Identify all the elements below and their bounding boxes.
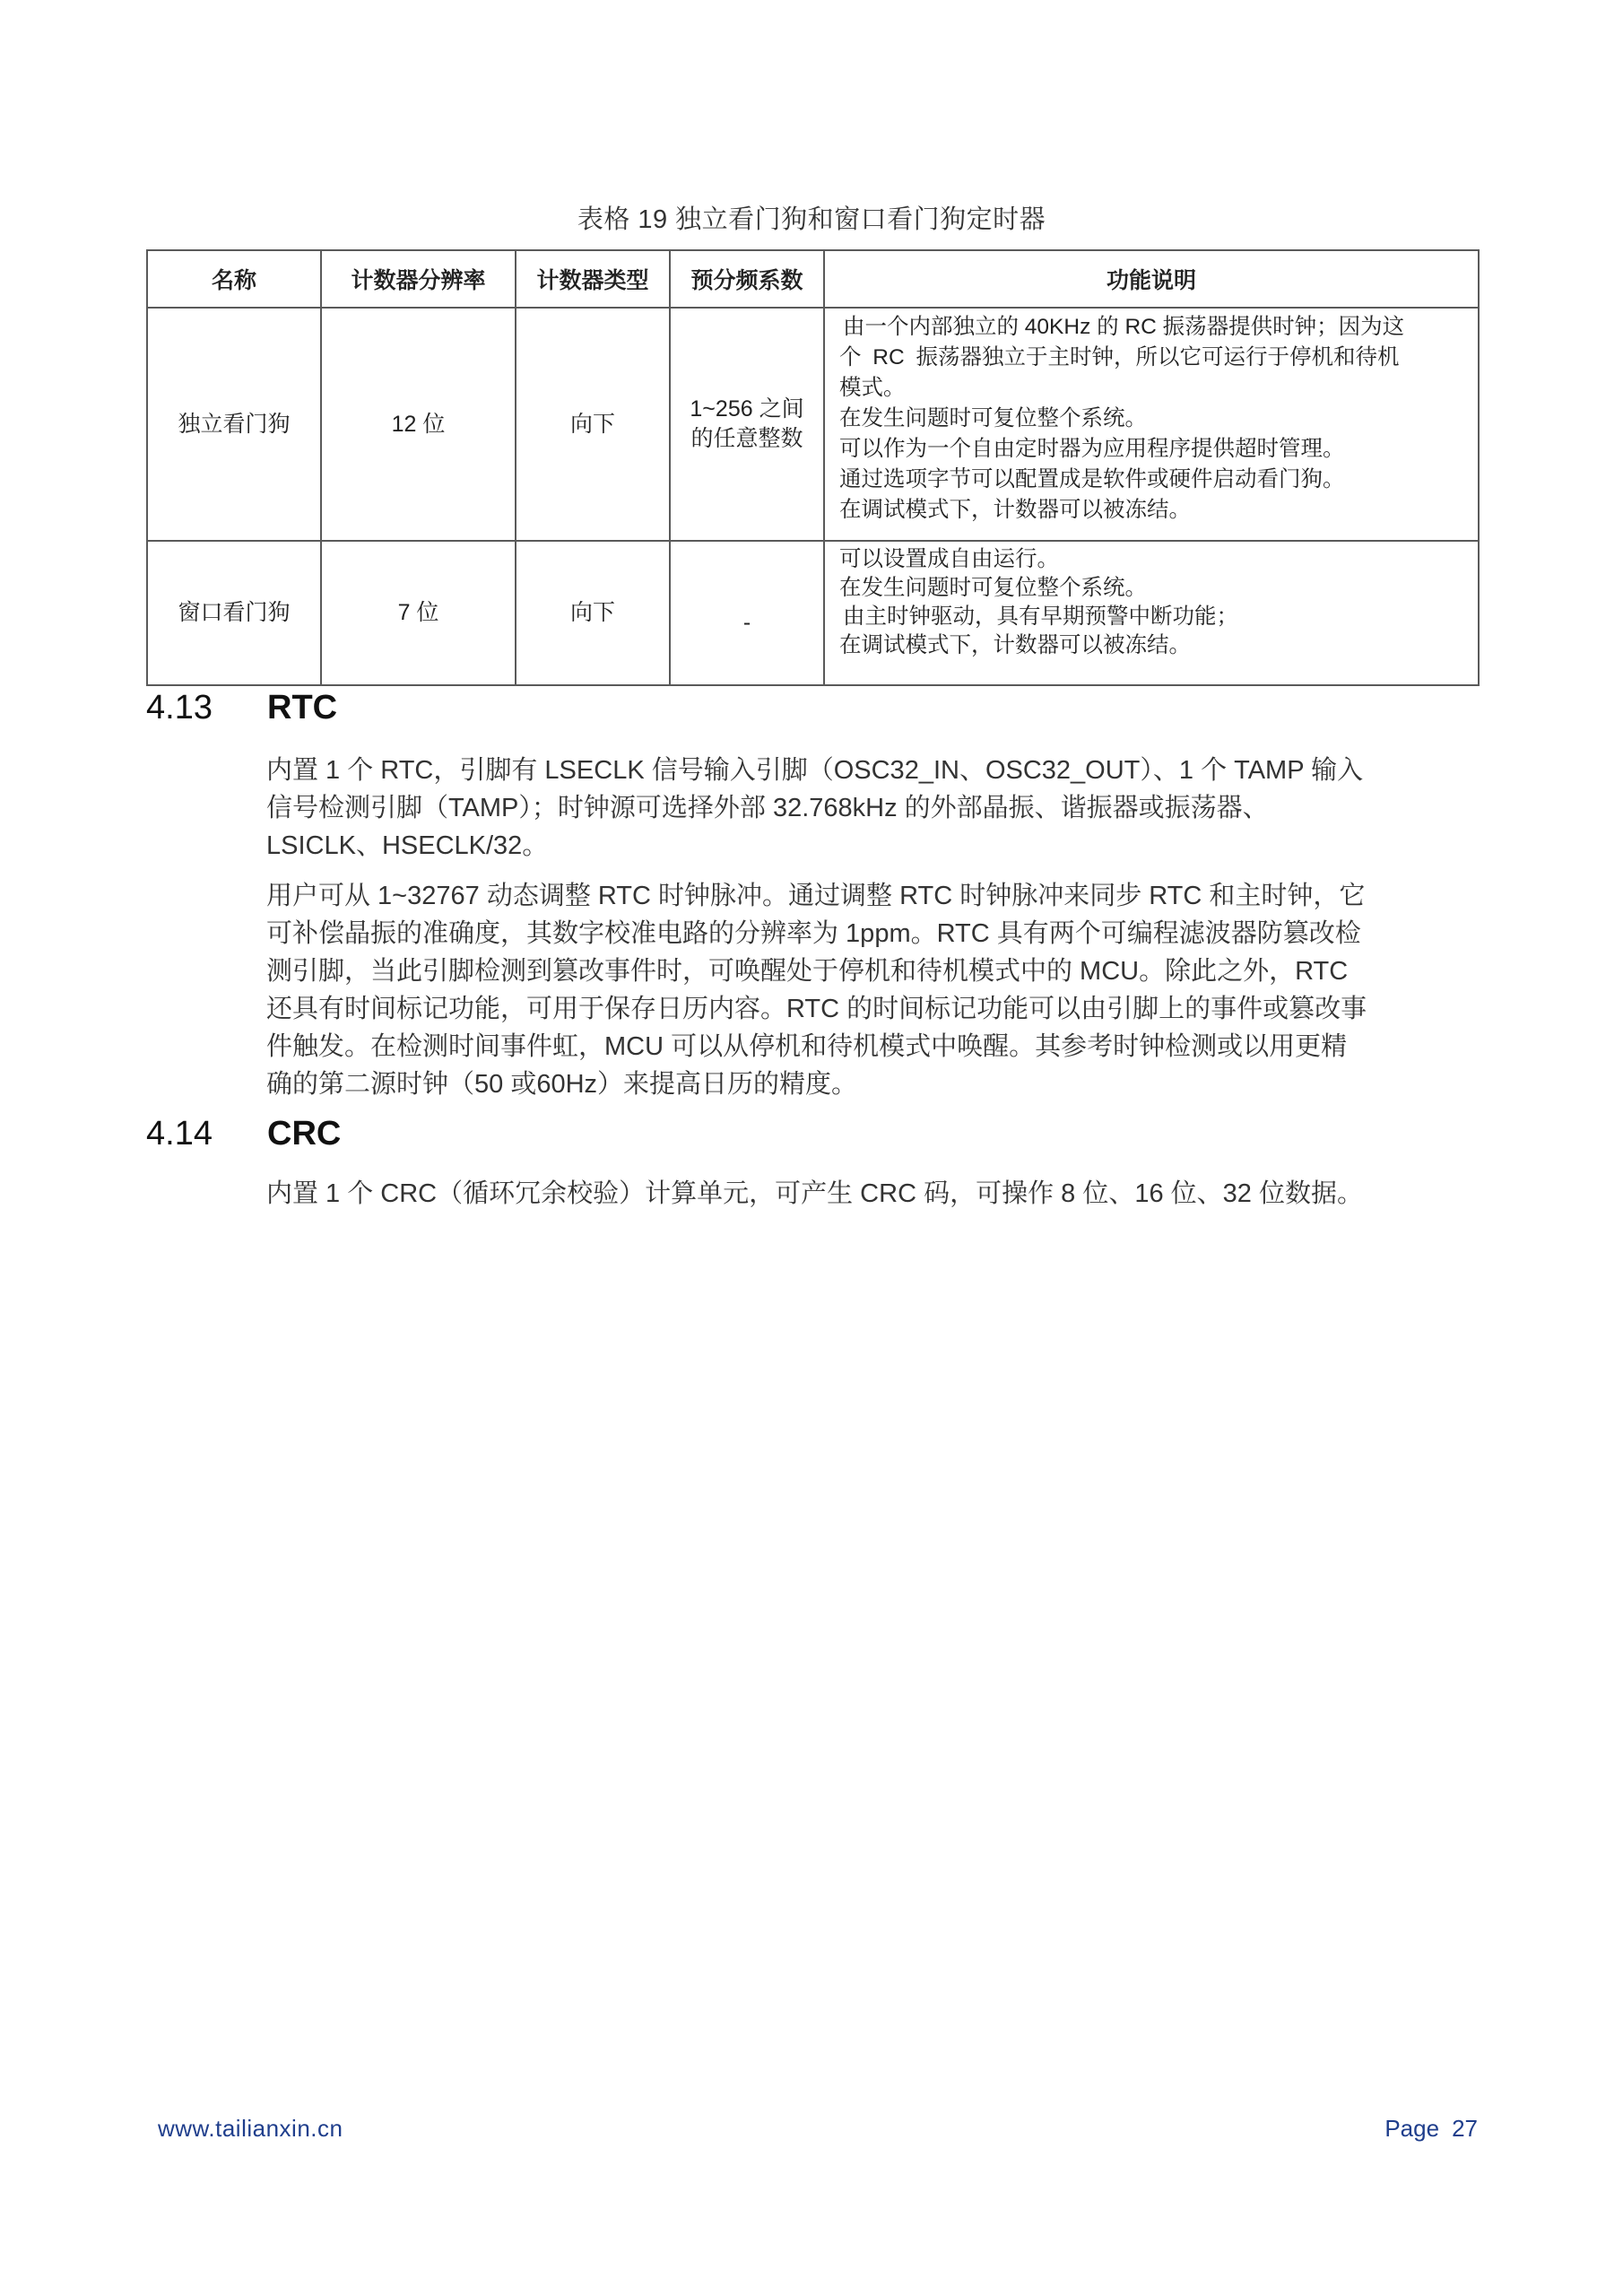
paragraph-line: 内置 1 个 RTC，引脚有 LSECLK 信号输入引脚（OSC32_IN、OS… [266, 752, 1486, 789]
paragraph-line: 还具有时间标记功能，可用于保存日历内容。RTC 的时间标记功能可以由引脚上的事件… [266, 990, 1486, 1028]
section-number: 4.14 [146, 1115, 267, 1153]
table-caption: 表格 19 独立看门狗和窗口看门狗定时器 [0, 199, 1623, 236]
cell-prescaler: 1~256 之间 的任意整数 [670, 308, 824, 541]
paragraph-line: 测引脚，当此引脚检测到篡改事件时，可唤醒处于停机和待机模式中的 MCU。除此之外… [266, 952, 1486, 990]
paragraph-line: 件触发。在检测时间事件虹，MCU 可以从停机和待机模式中唤醒。其参考时钟检测或以… [266, 1028, 1486, 1065]
cell-name: 独立看门狗 [147, 308, 321, 541]
description-line: 在发生问题时可复位整个系统。 [839, 574, 1465, 603]
section-title: RTC [267, 689, 337, 726]
header-resolution: 计数器分辨率 [321, 250, 516, 308]
prescaler-line: 的任意整数 [672, 424, 822, 454]
section-title: CRC [267, 1115, 341, 1152]
cell-resolution: 12 位 [321, 308, 516, 541]
watchdog-table: 名称 计数器分辨率 计数器类型 预分频系数 功能说明 独立看门狗 12 位 向下… [146, 249, 1480, 686]
description-line: 模式。 [839, 373, 1465, 404]
cell-prescaler: - [670, 541, 824, 685]
cell-resolution: 7 位 [321, 541, 516, 685]
footer-website-link[interactable]: www.tailianxin.cn [158, 2115, 343, 2143]
description-line: 个 RC 振荡器独立于主时钟，所以它可运行于停机和待机 [839, 343, 1465, 373]
table-header-row: 名称 计数器分辨率 计数器类型 预分频系数 功能说明 [147, 250, 1479, 308]
table-row: 独立看门狗 12 位 向下 1~256 之间 的任意整数 由一个内部独立的 40… [147, 308, 1479, 541]
page-number: 27 [1452, 2115, 1478, 2142]
section-heading-rtc: 4.13RTC [146, 689, 337, 727]
header-description: 功能说明 [824, 250, 1479, 308]
paragraph-line: 可补偿晶振的准确度，其数字校准电路的分辨率为 1ppm。RTC 具有两个可编程滤… [266, 915, 1486, 952]
cell-counter-type: 向下 [516, 308, 670, 541]
paragraph-line: 确的第二源时钟（50 或60Hz）来提高日历的精度。 [266, 1065, 1486, 1103]
table-row: 窗口看门狗 7 位 向下 - 可以设置成自由运行。 在发生问题时可复位整个系统。… [147, 541, 1479, 685]
cell-name: 窗口看门狗 [147, 541, 321, 685]
rtc-paragraph-1: 内置 1 个 RTC，引脚有 LSECLK 信号输入引脚（OSC32_IN、OS… [266, 752, 1486, 865]
description-line: 可以作为一个自由定时器为应用程序提供超时管理。 [839, 434, 1465, 465]
description-line: 由一个内部独立的 40KHz 的 RC 振荡器提供时钟；因为这 [839, 312, 1465, 343]
paragraph-line: 用户可从 1~32767 动态调整 RTC 时钟脉冲。通过调整 RTC 时钟脉冲… [266, 877, 1486, 915]
description-line: 通过选项字节可以配置成是软件或硬件启动看门狗。 [839, 465, 1465, 495]
crc-paragraph: 内置 1 个 CRC（循环冗余校验）计算单元，可产生 CRC 码，可操作 8 位… [266, 1175, 1486, 1213]
cell-description: 可以设置成自由运行。 在发生问题时可复位整个系统。 由主时钟驱动，具有早期预警中… [824, 541, 1479, 685]
cell-description: 由一个内部独立的 40KHz 的 RC 振荡器提供时钟；因为这 个 RC 振荡器… [824, 308, 1479, 541]
description-line: 在发生问题时可复位整个系统。 [839, 404, 1465, 434]
cell-counter-type: 向下 [516, 541, 670, 685]
description-line: 在调试模式下，计数器可以被冻结。 [839, 495, 1465, 526]
description-line: 由主时钟驱动，具有早期预警中断功能； [839, 603, 1465, 631]
footer-page-number: Page27 [1384, 2115, 1478, 2143]
section-number: 4.13 [146, 689, 267, 727]
section-heading-crc: 4.14CRC [146, 1115, 341, 1153]
paragraph-line: 内置 1 个 CRC（循环冗余校验）计算单元，可产生 CRC 码，可操作 8 位… [266, 1175, 1486, 1213]
description-line: 可以设置成自由运行。 [839, 545, 1465, 574]
header-prescaler: 预分频系数 [670, 250, 824, 308]
paragraph-line: 信号检测引脚（TAMP）；时钟源可选择外部 32.768kHz 的外部晶振、谐振… [266, 789, 1486, 827]
rtc-paragraph-2: 用户可从 1~32767 动态调整 RTC 时钟脉冲。通过调整 RTC 时钟脉冲… [266, 877, 1486, 1103]
prescaler-line: 1~256 之间 [672, 395, 822, 424]
page-label: Page [1384, 2115, 1439, 2142]
prescaler-value: - [743, 610, 751, 635]
header-counter-type: 计数器类型 [516, 250, 670, 308]
header-name: 名称 [147, 250, 321, 308]
paragraph-line: LSICLK、HSECLK/32。 [266, 827, 1486, 865]
description-line: 在调试模式下，计数器可以被冻结。 [839, 631, 1465, 660]
